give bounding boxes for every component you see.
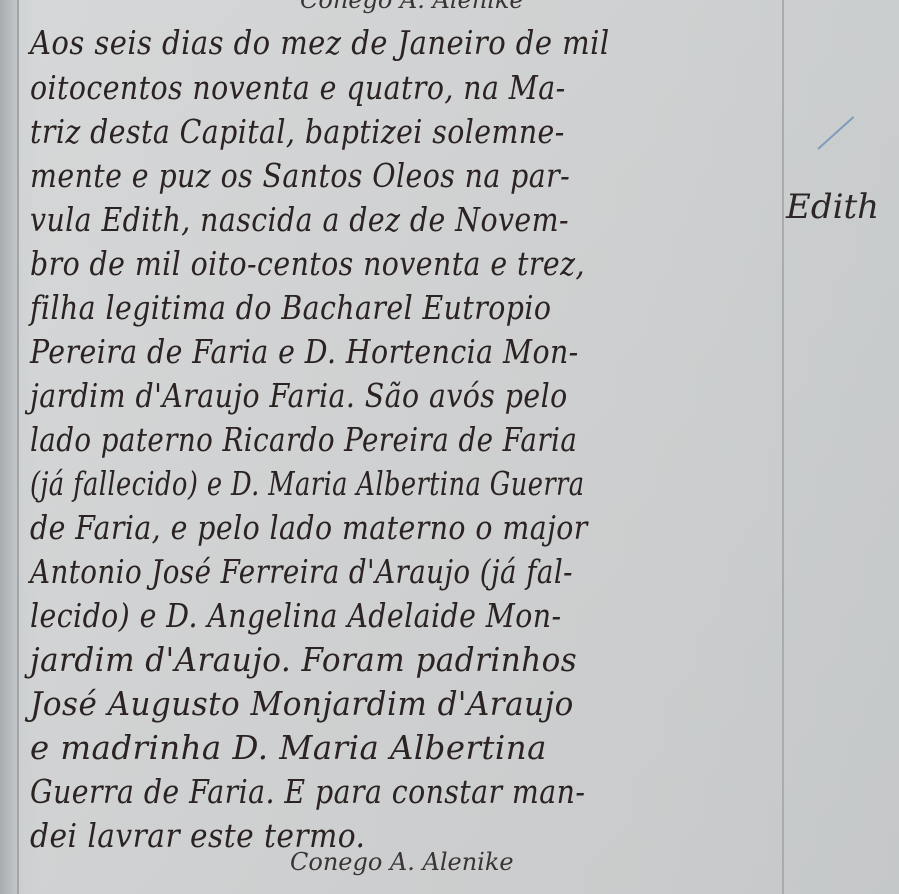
text-line-12: de Faria, e pelo lado materno o major <box>30 508 588 547</box>
binding-gutter <box>0 0 17 894</box>
blue-ink-stroke <box>817 116 854 150</box>
text-line-6: bro de mil oito-centos noventa e trez, <box>30 244 585 283</box>
text-line-15: jardim d'Araujo. Foram padrinhos <box>30 640 577 679</box>
text-line-5: vula Edith, nascida a dez de Novem- <box>30 200 569 239</box>
text-line-3: triz desta Capital, baptizei solemne- <box>30 112 565 151</box>
text-line-8: Pereira de Faria e D. Hortencia Mon- <box>30 332 579 371</box>
priest-signature: Conego A. Alenike <box>290 848 514 876</box>
text-line-1: Aos seis dias do mez de Janeiro de mil <box>30 23 610 62</box>
text-line-18: Guerra de Faria. E para constar man- <box>30 772 585 811</box>
register-page: Conego A. Alenike Aos seis dias do mez d… <box>0 0 899 894</box>
text-line-10: lado paterno Ricardo Pereira de Faria <box>30 420 577 459</box>
text-line-14: lecido) e D. Angelina Adelaide Mon- <box>30 596 561 635</box>
text-line-2: oitocentos noventa e quatro, na Ma- <box>30 68 566 107</box>
text-line-4: mente e puz os Santos Oleos na par- <box>30 156 570 195</box>
text-line-11: (já fallecido) e D. Maria Albertina Guer… <box>30 464 584 503</box>
left-margin-rule <box>17 0 19 894</box>
previous-entry-signature: Conego A. Alenike <box>300 0 524 14</box>
text-line-7: filha legitima do Bacharel Eutropio <box>30 288 551 327</box>
margin-name-annotation: Edith <box>786 187 879 227</box>
text-line-17: e madrinha D. Maria Albertina <box>30 728 547 767</box>
text-line-9: jardim d'Araujo Faria. São avós pelo <box>30 376 568 415</box>
text-line-16: José Augusto Monjardim d'Araujo <box>30 684 574 723</box>
text-line-13: Antonio José Ferreira d'Araujo (já fal- <box>30 552 573 591</box>
right-margin-rule <box>782 0 784 894</box>
